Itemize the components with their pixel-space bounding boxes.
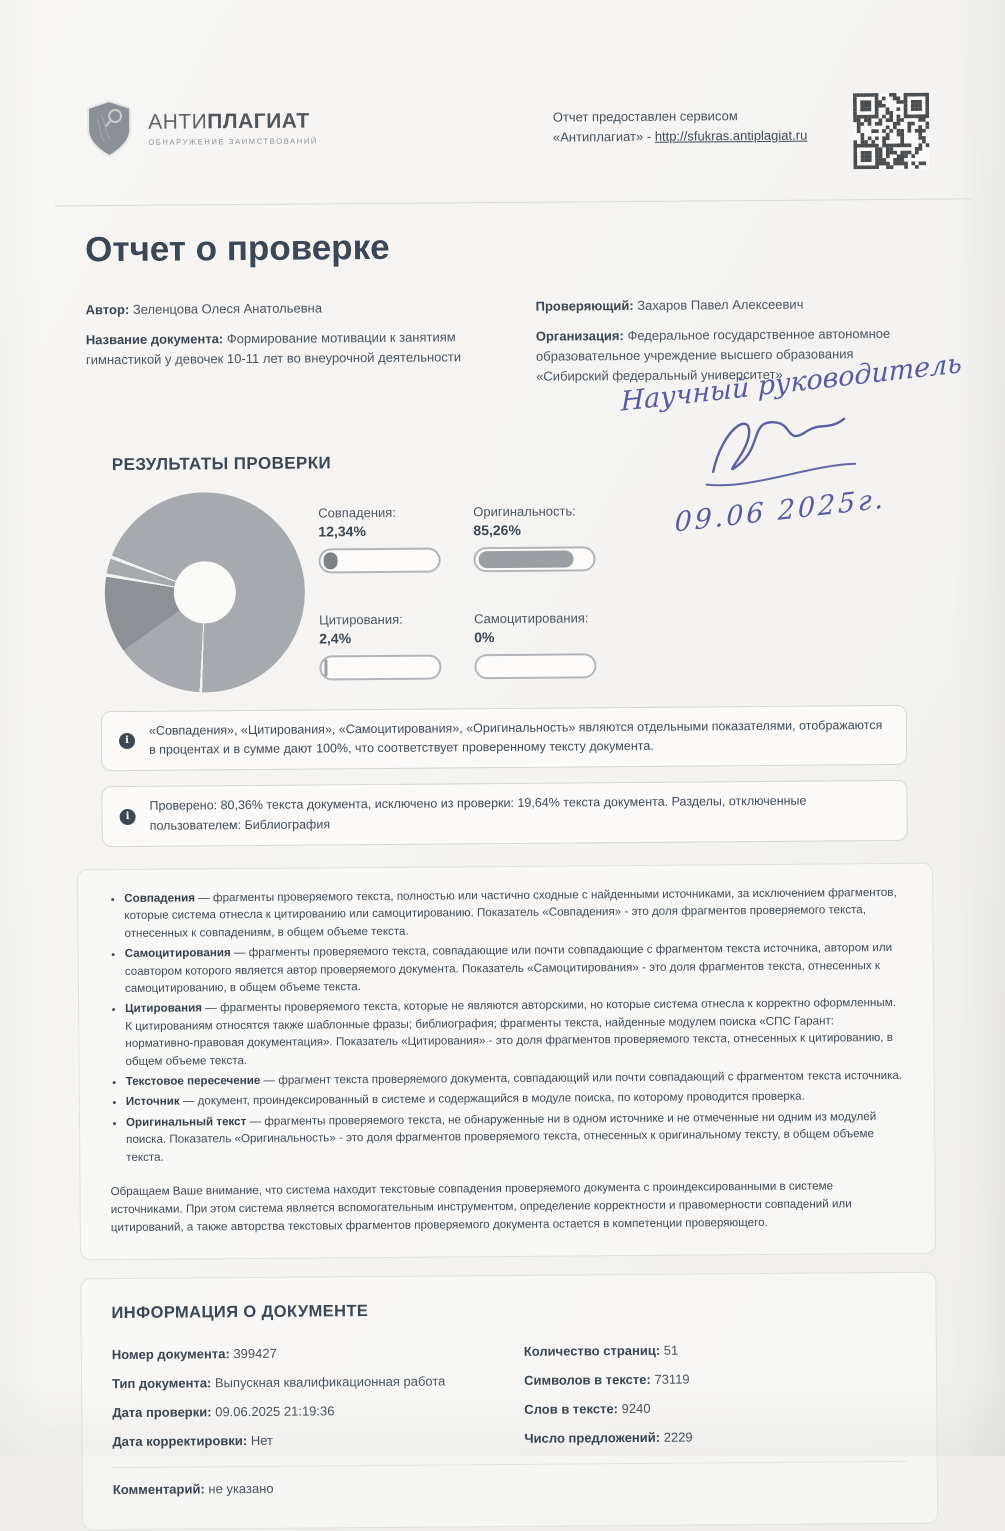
- originality-progress-bar: [473, 546, 595, 572]
- definitions-card: Совпадения — фрагменты проверяемого текс…: [77, 863, 936, 1260]
- doc-words-row: Слов в тексте: 9240: [524, 1399, 906, 1417]
- results-donut-chart: [104, 491, 306, 693]
- definition-item: Источник — документ, проиндексированный …: [126, 1087, 906, 1111]
- service-note: Отчет предоставлен сервисом «Антиплагиат…: [553, 93, 930, 172]
- antiplagiat-logo: АНТИПЛАГИАТ ОБНАРУЖЕНИЕ ЗАИМСТВОВАНИЙ: [84, 97, 318, 159]
- meta-doc-title: Название документа: Формирование мотивац…: [86, 327, 526, 371]
- info-icon: i: [119, 733, 135, 749]
- meta-organization: Организация: Федеральное государственное…: [536, 324, 911, 387]
- document-info-card: ИНФОРМАЦИЯ О ДОКУМЕНТЕ Номер документа: …: [80, 1271, 938, 1456]
- note-indicators-sum: i «Совпадения», «Цитирования», «Самоцити…: [101, 704, 907, 771]
- logo-subtitle: ОБНАРУЖЕНИЕ ЗАИМСТВОВАНИЙ: [148, 136, 318, 146]
- system-disclaimer: Обращаем Ваше внимание, что система нахо…: [108, 1177, 906, 1237]
- definition-item: Самоцитирования — фрагменты проверяемого…: [125, 939, 905, 997]
- qr-code: [853, 93, 930, 170]
- selfcitations-progress-bar: [474, 653, 596, 679]
- doc-correction-date-row: Дата корректировки: Нет: [112, 1431, 524, 1449]
- signature-scribble: [692, 393, 871, 500]
- document-meta: Автор: Зеленцова Олеся Анатольевна Назва…: [86, 294, 932, 401]
- citations-progress-fill: [324, 659, 327, 676]
- doc-pages-row: Количество страниц: 51: [524, 1341, 906, 1359]
- service-note-text: Отчет предоставлен сервисом «Антиплагиат…: [553, 106, 808, 148]
- scanned-page: АНТИПЛАГИАТ ОБНАРУЖЕНИЕ ЗАИМСТВОВАНИЙ От…: [0, 0, 1005, 1456]
- document-info-left: Номер документа: 399427 Тип документа: В…: [112, 1344, 525, 1456]
- citations-progress-bar: [319, 654, 441, 680]
- doc-type-row: Тип документа: Выпускная квалификационна…: [112, 1373, 524, 1391]
- donut-hole: [174, 561, 236, 623]
- definition-item: Оригинальный текст — фрагменты проверяем…: [126, 1108, 906, 1166]
- page-title: Отчет о проверке: [85, 223, 1002, 270]
- shield-magnifier-icon: [84, 99, 134, 159]
- indicator-matches: Совпадения: 12,34%: [318, 504, 474, 588]
- meta-reviewer: Проверяющий: Захаров Павел Алексеевич: [536, 294, 911, 317]
- logo-title: АНТИПЛАГИАТ: [148, 110, 318, 134]
- indicators-grid: Совпадения: 12,34% Оригинальность: 85,26…: [318, 502, 644, 695]
- header: АНТИПЛАГИАТ ОБНАРУЖЕНИЕ ЗАИМСТВОВАНИЙ От…: [84, 93, 930, 176]
- note-checked-share: i Проверено: 80,36% текста документа, ис…: [101, 780, 907, 847]
- service-link[interactable]: http://sfukras.antiplagiat.ru: [655, 128, 808, 144]
- meta-author: Автор: Зеленцова Олеся Анатольевна: [86, 297, 526, 321]
- doc-sentences-row: Число предложений: 2229: [524, 1428, 906, 1446]
- indicator-selfcitations: Самоцитирования: 0%: [474, 609, 645, 693]
- indicator-citations: Цитирования: 2,4%: [319, 611, 475, 695]
- matches-progress-fill: [324, 552, 338, 569]
- results-heading: РЕЗУЛЬТАТЫ ПРОВЕРКИ: [112, 448, 1004, 475]
- doc-check-date-row: Дата проверки: 09.06.2025 21:19:36: [112, 1402, 524, 1420]
- document-info-heading: ИНФОРМАЦИЯ О ДОКУМЕНТЕ: [111, 1298, 905, 1323]
- info-icon: i: [120, 809, 136, 825]
- logo-text: АНТИПЛАГИАТ ОБНАРУЖЕНИЕ ЗАИМСТВОВАНИЙ: [148, 110, 318, 146]
- meta-left-column: Автор: Зеленцова Олеся Анатольевна Назва…: [86, 297, 527, 401]
- definition-item: Совпадения — фрагменты проверяемого текс…: [124, 884, 904, 942]
- meta-right-column: Проверяющий: Захаров Павел Алексеевич Ор…: [536, 294, 912, 398]
- document-info-columns: Номер документа: 399427 Тип документа: В…: [112, 1341, 907, 1456]
- doc-symbols-row: Символов в тексте: 73119: [524, 1370, 906, 1388]
- definition-item: Цитирования — фрагменты проверяемого тек…: [125, 994, 906, 1070]
- results-block: Совпадения: 12,34% Оригинальность: 85,26…: [104, 486, 1005, 697]
- header-divider: [55, 198, 972, 206]
- doc-number-row: Номер документа: 399427: [112, 1344, 524, 1362]
- definition-item: Текстовое пересечение — фрагмент текста …: [126, 1067, 906, 1091]
- matches-progress-bar: [319, 547, 441, 573]
- definitions-list: Совпадения — фрагменты проверяемого текс…: [106, 884, 906, 1166]
- indicator-originality: Оригинальность: 85,26%: [473, 502, 644, 586]
- report-content: АНТИПЛАГИАТ ОБНАРУЖЕНИЕ ЗАИМСТВОВАНИЙ От…: [0, 0, 1005, 1456]
- document-info-right: Количество страниц: 51 Символов в тексте…: [524, 1341, 907, 1456]
- originality-progress-fill: [479, 550, 574, 568]
